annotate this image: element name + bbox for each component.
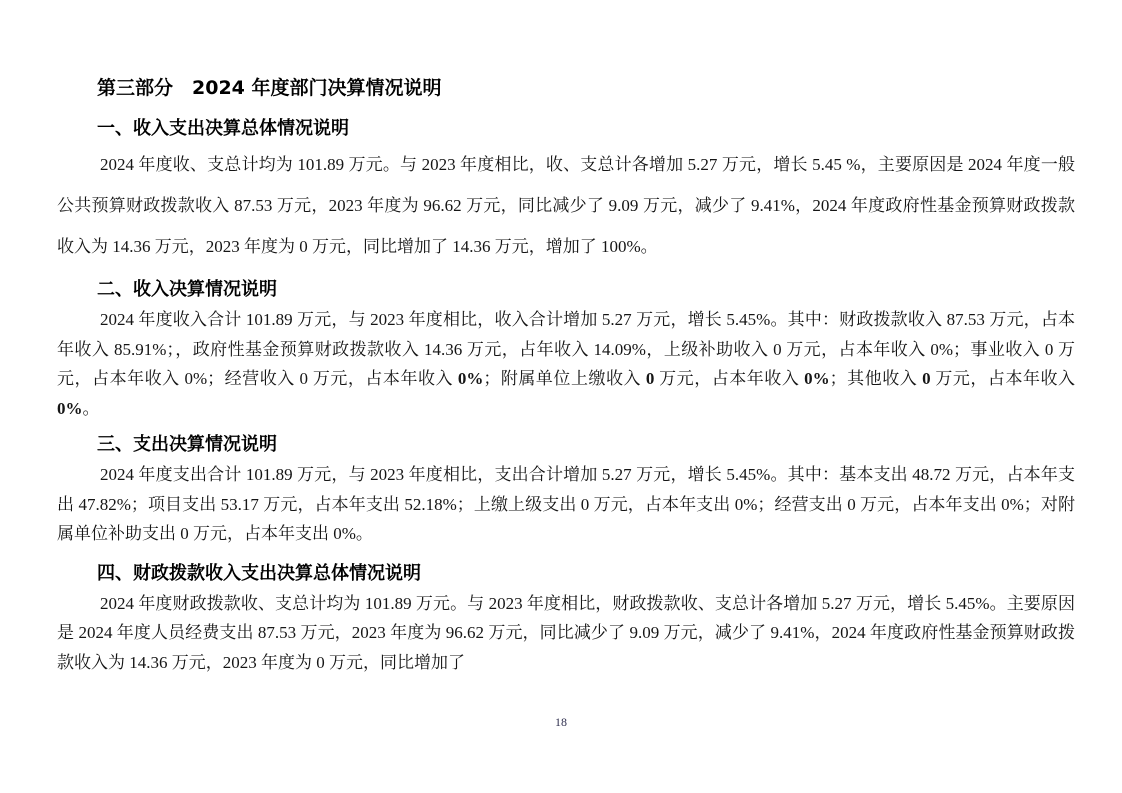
document-page: 第三部分 2024 年度部门决算情况说明 一、收入支出决算总体情况说明2024 …: [0, 0, 1122, 793]
text-run: 万元，占本年收入: [654, 369, 804, 388]
section-3: 三、支出决算情况说明2024 年度支出合计 101.89 万元，与 2023 年…: [57, 433, 1075, 549]
text-run: 0%: [804, 369, 830, 388]
section-heading: 三、支出决算情况说明: [97, 433, 1075, 457]
text-run: ；其他收入: [830, 369, 922, 388]
section-2: 二、收入决算情况说明2024 年度收入合计 101.89 万元，与 2023 年…: [57, 278, 1075, 423]
paragraph: 2024 年度收、支总计均为 101.89 万元。与 2023 年度相比，收、支…: [57, 144, 1075, 267]
text-run: 0%: [458, 369, 484, 388]
text-run: 0: [922, 369, 931, 388]
paragraph: 2024 年度财政拨款收、支总计均为 101.89 万元。与 2023 年度相比…: [57, 589, 1075, 678]
paragraph: 2024 年度支出合计 101.89 万元，与 2023 年度相比，支出合计增加…: [57, 460, 1075, 549]
section-1: 一、收入支出决算总体情况说明2024 年度收、支总计均为 101.89 万元。与…: [57, 117, 1075, 267]
document-body: 一、收入支出决算总体情况说明2024 年度收、支总计均为 101.89 万元。与…: [57, 117, 1075, 677]
text-run: 0%: [57, 399, 83, 418]
text-run: 2024 年度财政拨款收、支总计均为 101.89 万元。与 2023 年度相比…: [57, 594, 1075, 672]
text-run: 。: [83, 399, 100, 418]
text-run: 2024 年度收、支总计均为 101.89 万元。与 2023 年度相比，收、支…: [57, 155, 1075, 256]
page-number: 18: [0, 715, 1122, 730]
section-heading: 四、财政拨款收入支出决算总体情况说明: [97, 562, 1075, 586]
text-run: 万元，占本年收入: [931, 369, 1075, 388]
part-title: 第三部分 2024 年度部门决算情况说明: [97, 76, 1075, 100]
paragraph: 2024 年度收入合计 101.89 万元，与 2023 年度相比，收入合计增加…: [57, 305, 1075, 423]
section-4: 四、财政拨款收入支出决算总体情况说明2024 年度财政拨款收、支总计均为 101…: [57, 562, 1075, 678]
text-run: 2024 年度支出合计 101.89 万元，与 2023 年度相比，支出合计增加…: [57, 465, 1075, 543]
section-heading: 二、收入决算情况说明: [97, 278, 1075, 302]
text-run: ；附属单位上缴收入: [483, 369, 646, 388]
section-heading: 一、收入支出决算总体情况说明: [97, 117, 1075, 141]
